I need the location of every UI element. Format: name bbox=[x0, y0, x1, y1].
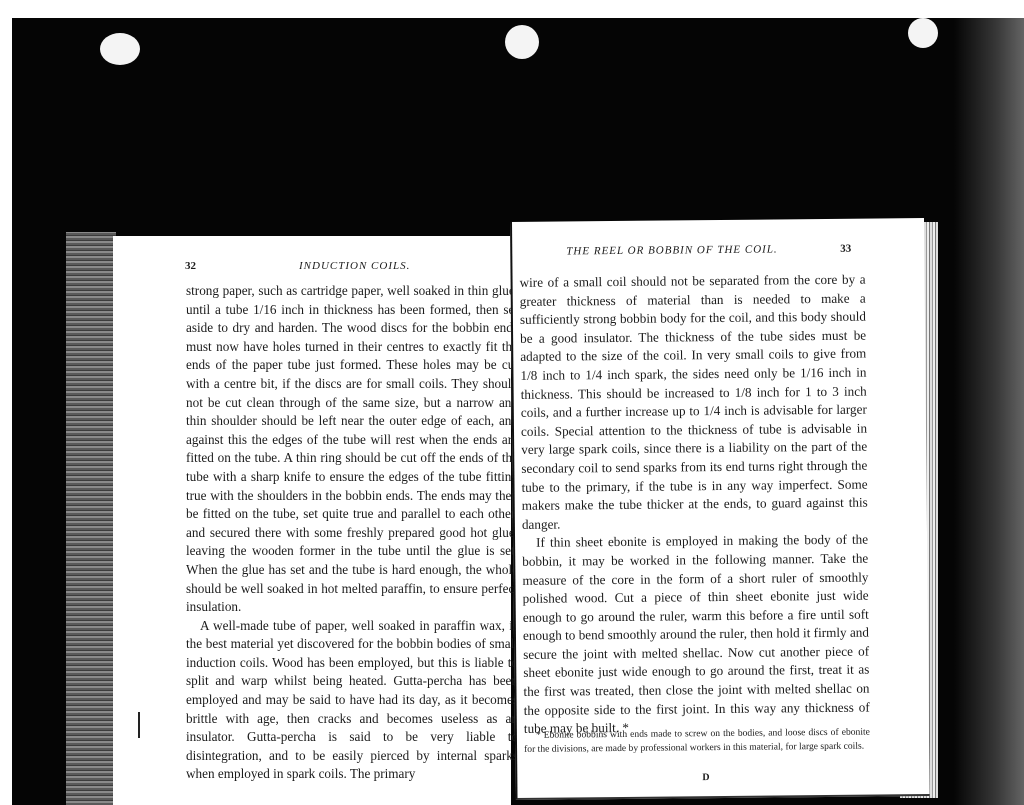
paragraph: wire of a small coil should not be separ… bbox=[519, 271, 867, 535]
page-number: 33 bbox=[840, 243, 851, 255]
running-head: THE REEL OR BOBBIN OF THE COIL. bbox=[566, 243, 777, 257]
margin-mark bbox=[138, 712, 140, 738]
book-left-edge bbox=[66, 232, 116, 805]
right-page: THE REEL OR BOBBIN OF THE COIL. 33 wire … bbox=[510, 218, 930, 800]
punch-hole bbox=[505, 25, 539, 59]
paragraph: If thin sheet ebonite is employed in mak… bbox=[522, 531, 870, 739]
left-page: 32 INDUCTION COILS. strong paper, such a… bbox=[113, 236, 511, 805]
footnote: * Ebonite bobbins with ends made to scre… bbox=[524, 726, 870, 756]
page-number: 32 bbox=[185, 260, 196, 272]
paragraph: strong paper, such as cartridge paper, w… bbox=[186, 282, 518, 617]
running-head: INDUCTION COILS. bbox=[299, 260, 410, 272]
punch-hole bbox=[908, 18, 938, 48]
punch-hole bbox=[100, 33, 140, 65]
body-text: wire of a small coil should not be separ… bbox=[519, 271, 869, 739]
signature-mark: D bbox=[702, 772, 709, 783]
body-text: strong paper, such as cartridge paper, w… bbox=[186, 282, 518, 784]
paragraph: A well-made tube of paper, well soaked i… bbox=[186, 617, 518, 784]
